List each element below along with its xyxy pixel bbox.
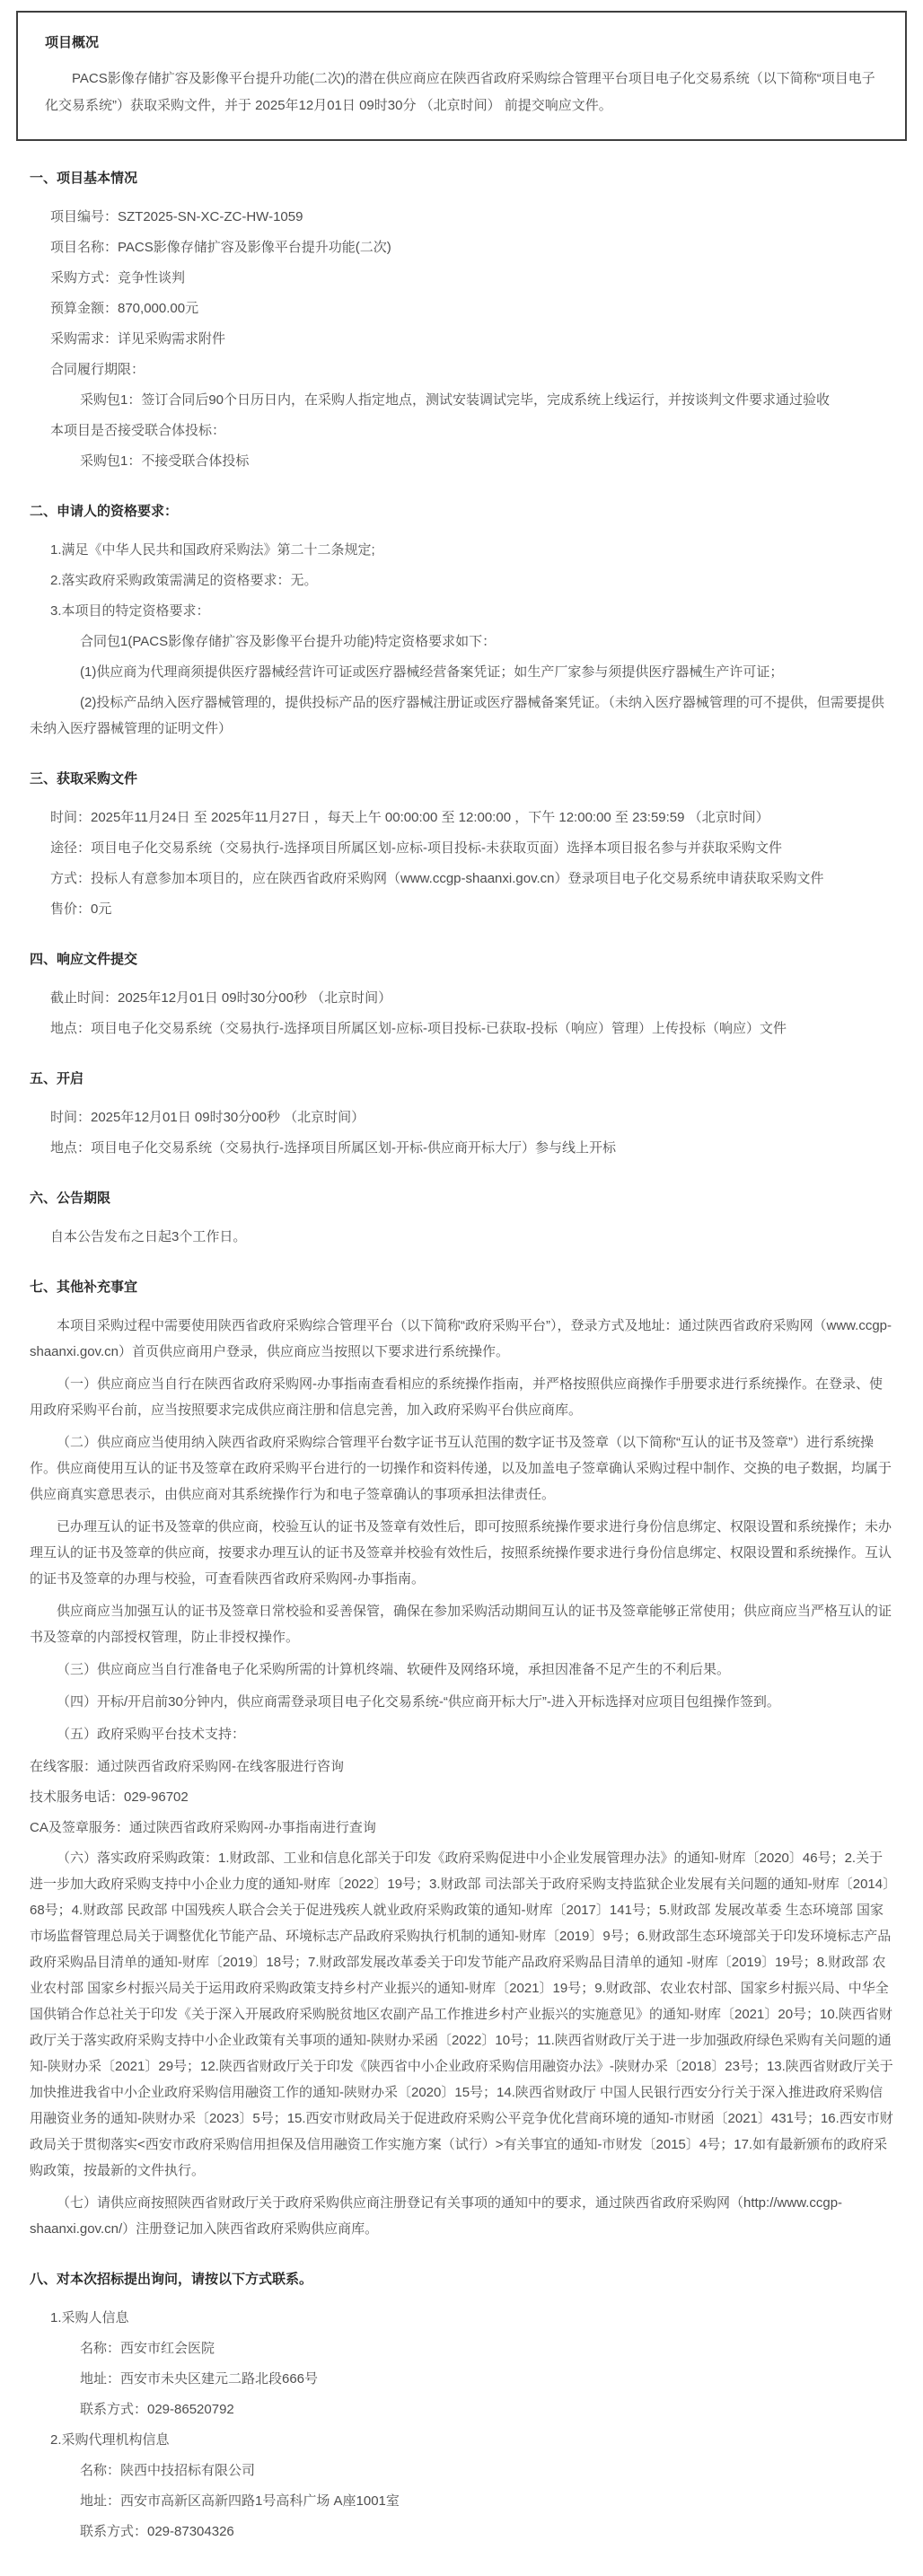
detail-line-place: 地点：项目电子化交易系统（交易执行-选择项目所属区划-应标-项目投标-已获取-投…	[50, 1015, 893, 1042]
section-heading: 七、其他补充事宜	[30, 1277, 893, 1296]
detail-line-package1-consortium: 采购包1：不接受联合体投标	[80, 448, 893, 474]
detail-line-requirement: 采购需求：详见采购需求附件	[50, 326, 893, 352]
detail-line: (2)投标产品纳入医疗器械管理的，提供投标产品的医疗器械注册证或医疗器械备案凭证…	[30, 690, 893, 742]
contact-agency-title: 2.采购代理机构信息	[50, 2427, 893, 2453]
detail-line-time: 时间：2025年11月24日 至 2025年11月27日 ，每天上午 00:00…	[50, 804, 893, 831]
paragraph-item-5: （五）政府采购平台技术支持：	[30, 1721, 893, 1747]
detail-line-project-no: 项目编号：SZT2025-SN-XC-ZC-HW-1059	[50, 204, 893, 230]
paragraph-platform-intro: 本项目采购过程中需要使用陕西省政府采购综合管理平台（以下简称“政府采购平台”），…	[30, 1313, 893, 1365]
detail-line-project-name: 项目名称：PACS影像存储扩容及影像平台提升功能(二次)	[50, 234, 893, 260]
section-heading: 四、响应文件提交	[30, 949, 893, 968]
detail-line: 3.本项目的特定资格要求：	[50, 598, 893, 624]
procurement-announcement: 项目概况 PACS影像存储扩容及影像平台提升功能(二次)的潜在供应商应在陕西省政…	[0, 0, 923, 2576]
section-heading: 二、申请人的资格要求：	[30, 501, 893, 520]
detail-line-channel: 途径：项目电子化交易系统（交易执行-选择项目所属区划-应标-项目投标-未获取页面…	[50, 835, 893, 861]
detail-line-budget: 预算金额：870,000.00元	[50, 295, 893, 321]
contact-purchaser-name: 名称：西安市红会医院	[80, 2335, 893, 2361]
section-basic-info: 一、项目基本情况 项目编号：SZT2025-SN-XC-ZC-HW-1059 项…	[30, 168, 893, 474]
detail-line-price: 售价：0元	[50, 896, 893, 922]
contact-agency-name: 名称：陕西中技招标有限公司	[80, 2457, 893, 2484]
paragraph-item-2: （二）供应商应当使用纳入陕西省政府采购综合管理平台数字证书互认范围的数字证书及签…	[30, 1429, 893, 1508]
overview-text: PACS影像存储扩容及影像平台提升功能(二次)的潜在供应商应在陕西省政府采购综合…	[45, 66, 878, 119]
section-response-submission: 四、响应文件提交 截止时间：2025年12月01日 09时30分00秒 （北京时…	[30, 949, 893, 1042]
detail-line-consortium: 本项目是否接受联合体投标：	[50, 418, 893, 444]
detail-line-online-service: 在线客服：通过陕西省政府采购网-在线客服进行咨询	[30, 1754, 893, 1780]
paragraph-item-1: （一）供应商应当自行在陕西省政府采购网-办事指南查看相应的系统操作指南，并严格按…	[30, 1371, 893, 1423]
contact-agency-phone: 联系方式：029-87304326	[80, 2519, 893, 2545]
detail-line: 1.满足《中华人民共和国政府采购法》第二十二条规定;	[50, 537, 893, 563]
section-obtain-documents: 三、获取采购文件 时间：2025年11月24日 至 2025年11月27日 ，每…	[30, 769, 893, 922]
paragraph-item-7: （七）请供应商按照陕西省财政厅关于政府采购供应商注册登记有关事项的通知中的要求，…	[30, 2190, 893, 2242]
contact-purchaser-title: 1.采购人信息	[50, 2305, 893, 2331]
detail-line: 2.落实政府采购政策需满足的资格要求：无。	[50, 567, 893, 593]
contact-purchaser-phone: 联系方式：029-86520792	[80, 2396, 893, 2422]
paragraph-item-4: （四）开标/开启前30分钟内，供应商需登录项目电子化交易系统-“供应商开标大厅”…	[30, 1689, 893, 1715]
detail-line-period: 自本公告发布之日起3个工作日。	[50, 1224, 893, 1250]
detail-line-tech-phone: 技术服务电话：029-96702	[30, 1784, 893, 1810]
detail-line: 合同包1(PACS影像存储扩容及影像平台提升功能)特定资格要求如下：	[80, 629, 893, 655]
detail-line: (1)供应商为代理商须提供医疗器械经营许可证或医疗器械经营备案凭证；如生产厂家参…	[80, 659, 893, 685]
section-heading: 五、开启	[30, 1068, 893, 1087]
detail-line-contract-period: 合同履行期限：	[50, 356, 893, 382]
detail-line-deadline: 截止时间：2025年12月01日 09时30分00秒 （北京时间）	[50, 985, 893, 1011]
paragraph-certificate-keep: 供应商应当加强互认的证书及签章日常校验和妥善保管，确保在参加采购活动期间互认的证…	[30, 1598, 893, 1650]
section-heading: 八、对本次招标提出询问，请按以下方式联系。	[30, 2269, 893, 2288]
section-heading: 六、公告期限	[30, 1188, 893, 1207]
detail-line-time: 时间：2025年12月01日 09时30分00秒 （北京时间）	[50, 1104, 893, 1130]
section-contact: 八、对本次招标提出询问，请按以下方式联系。 1.采购人信息 名称：西安市红会医院…	[30, 2269, 893, 2545]
section-announcement-period: 六、公告期限 自本公告发布之日起3个工作日。	[30, 1188, 893, 1250]
paragraph-item-3: （三）供应商应当自行准备电子化采购所需的计算机终端、软硬件及网络环境，承担因准备…	[30, 1657, 893, 1683]
project-overview-box: 项目概况 PACS影像存储扩容及影像平台提升功能(二次)的潜在供应商应在陕西省政…	[16, 11, 907, 141]
detail-line-way: 方式：投标人有意参加本项目的，应在陕西省政府采购网（www.ccgp-shaan…	[50, 866, 893, 892]
overview-title: 项目概况	[45, 32, 878, 51]
detail-line-place: 地点：项目电子化交易系统（交易执行-选择项目所属区划-开标-供应商开标大厅）参与…	[50, 1135, 893, 1161]
contact-purchaser-address: 地址：西安市未央区建元二路北段666号	[80, 2366, 893, 2392]
section-opening: 五、开启 时间：2025年12月01日 09时30分00秒 （北京时间） 地点：…	[30, 1068, 893, 1161]
detail-line-package1-period: 采购包1：签订合同后90个日历日内，在采购人指定地点，测试安装调试完毕，完成系统…	[80, 387, 893, 413]
section-heading: 一、项目基本情况	[30, 168, 893, 187]
section-heading: 三、获取采购文件	[30, 769, 893, 787]
section-supplementary: 七、其他补充事宜 本项目采购过程中需要使用陕西省政府采购综合管理平台（以下简称“…	[30, 1277, 893, 2242]
section-qualification: 二、申请人的资格要求： 1.满足《中华人民共和国政府采购法》第二十二条规定; 2…	[30, 501, 893, 742]
detail-line-ca-service: CA及签章服务：通过陕西省政府采购网-办事指南进行查询	[30, 1815, 893, 1841]
paragraph-item-6-policies: （六）落实政府采购政策：1.财政部、工业和信息化部关于印发《政府采购促进中小企业…	[30, 1845, 893, 2184]
paragraph-certificate: 已办理互认的证书及签章的供应商，校验互认的证书及签章有效性后，即可按照系统操作要…	[30, 1514, 893, 1592]
detail-line-method: 采购方式：竞争性谈判	[50, 265, 893, 291]
contact-agency-address: 地址：西安市高新区高新四路1号高科广场 A座1001室	[80, 2488, 893, 2514]
